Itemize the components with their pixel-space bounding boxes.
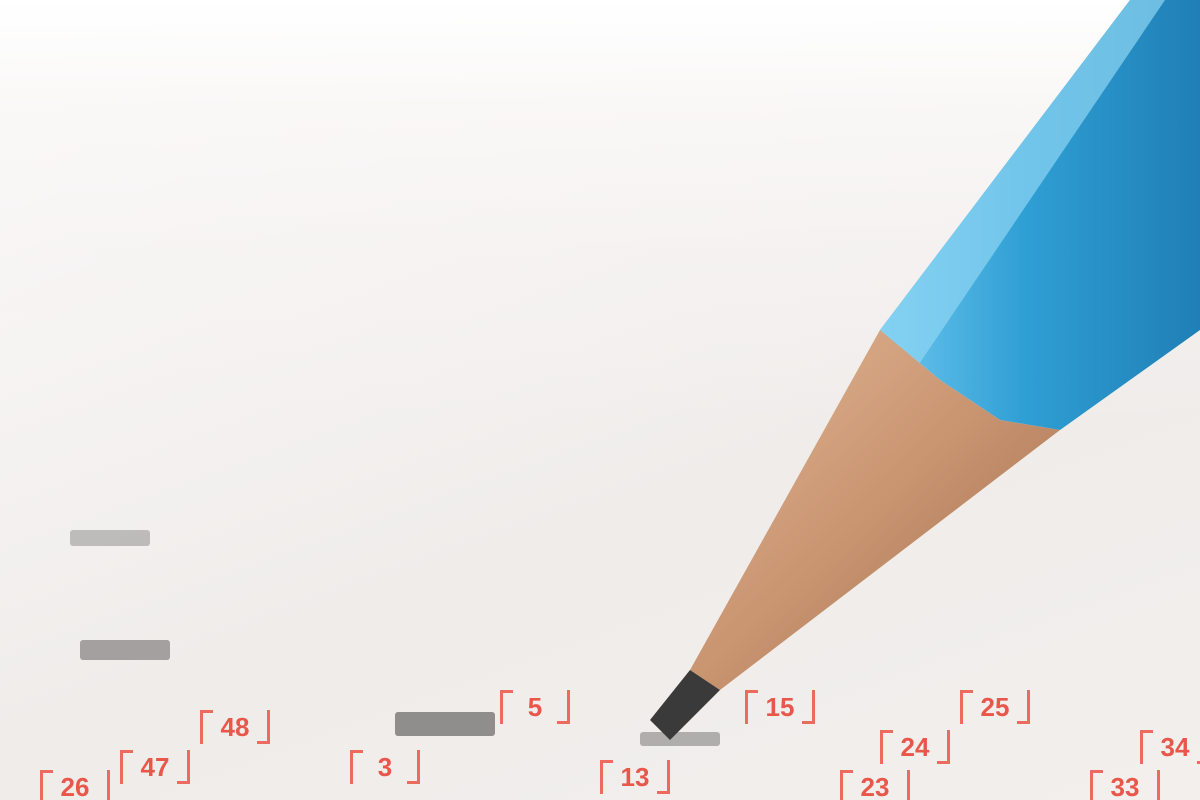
pencil-icon [0, 0, 1200, 800]
photo-scene: 2647483513152324253334 [0, 0, 1200, 800]
